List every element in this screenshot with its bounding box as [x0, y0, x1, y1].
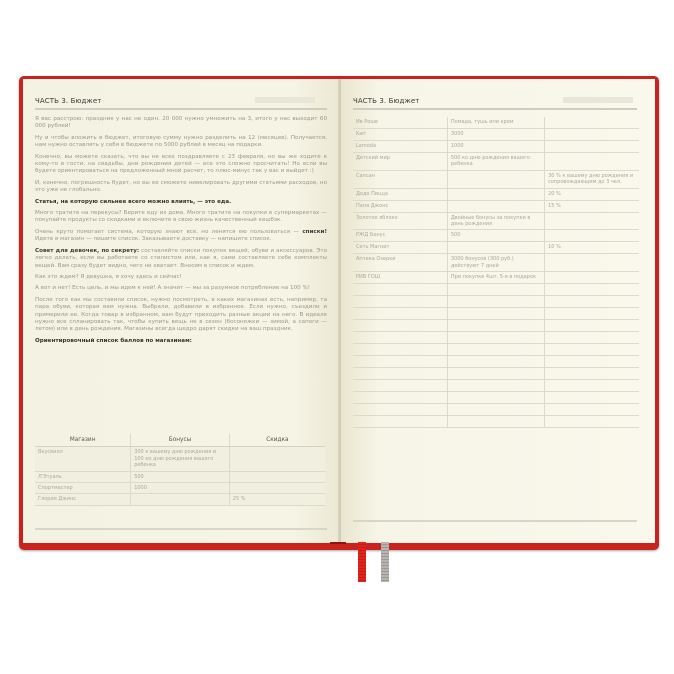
table-cell — [447, 242, 544, 254]
table-cell — [545, 129, 639, 141]
table-cell: 3000 бонусов (300 руб.) действуют 7 дней — [447, 254, 544, 272]
table-cell: РИВ ГОШ — [353, 272, 447, 284]
table-cell: Двойные бонусы за покупки в день рождени… — [447, 212, 544, 230]
faded-head-placeholder — [563, 97, 633, 103]
table-cell: Сапсан — [353, 170, 447, 188]
table-row: Папа Джонс15 % — [353, 200, 639, 212]
table-cell — [229, 471, 325, 482]
faded-head-placeholder — [255, 97, 315, 103]
paragraph: И, конечно, погрешность будет, но вы ее … — [35, 180, 327, 195]
table-cell: Lamoda — [353, 141, 447, 153]
table-cell — [545, 392, 639, 404]
table-row — [353, 296, 639, 308]
column-header: Скидка — [229, 434, 325, 447]
table-row: Додо Пицца20 % — [353, 188, 639, 200]
table-row — [353, 404, 639, 416]
table-cell — [545, 141, 639, 153]
table-cell: Ив Роше — [353, 117, 447, 129]
table-cell — [447, 404, 544, 416]
table-cell — [545, 254, 639, 272]
table-row — [353, 332, 639, 344]
table-cell — [545, 380, 639, 392]
table-row: Аптека Озерки3000 бонусов (300 руб.) дей… — [353, 254, 639, 272]
table-cell — [447, 392, 544, 404]
table-row: Ив РошеПомада, тушь или крем — [353, 117, 639, 129]
table-cell — [545, 320, 639, 332]
table-cell — [229, 447, 325, 471]
table-cell — [447, 284, 544, 296]
header-rule — [35, 108, 327, 110]
table-cell: 1000 — [131, 483, 230, 494]
table-cell — [545, 356, 639, 368]
table-row — [353, 344, 639, 356]
table-cell: Спортмастер — [35, 483, 131, 494]
table-cell: Золотое яблоко — [353, 212, 447, 230]
table-row: РИВ ГОШПри покупке 4шт. 5-я в подарок — [353, 272, 639, 284]
table-cell: Л'Этуаль — [35, 471, 131, 482]
table-cell — [545, 332, 639, 344]
body-text: Я вас расстрою: праздник у нас не один. … — [35, 116, 327, 349]
table-cell: РЖД Бонус — [353, 230, 447, 242]
table-row: Спортмастер1000 — [35, 483, 325, 494]
paragraph: Очень круто помогает система, которую зн… — [35, 229, 327, 244]
table-cell: 30 % к вашему дню рождения и сопровождаю… — [545, 170, 639, 188]
paragraph: А вот и нет! Есть цель, и мы идем к ней!… — [35, 285, 327, 292]
table-cell: 3000 — [447, 129, 544, 141]
table-cell — [353, 284, 447, 296]
table-cell — [353, 404, 447, 416]
table-cell — [545, 368, 639, 380]
table-row — [353, 392, 639, 404]
emphasis: списки! — [302, 229, 327, 235]
paragraph: После того как мы составили список, нужн… — [35, 297, 327, 334]
table-row: Золотое яблокоДвойные бонусы за покупки … — [353, 212, 639, 230]
table-cell: Сеть Магнит — [353, 242, 447, 254]
table-cell — [447, 320, 544, 332]
table-cell — [447, 368, 544, 380]
table-row: Глория Джинс25 % — [35, 494, 325, 505]
stores-bonus-table-continued: Ив РошеПомада, тушь или кремKari3000Lamo… — [353, 117, 639, 428]
table-row — [353, 380, 639, 392]
table-cell: 20 % — [545, 188, 639, 200]
table-cell — [447, 308, 544, 320]
table-cell — [131, 494, 230, 505]
table-cell: Вкусвилл — [35, 447, 131, 471]
table-cell — [447, 380, 544, 392]
table-cell: Додо Пицца — [353, 188, 447, 200]
table-cell — [447, 332, 544, 344]
table-cell — [447, 416, 544, 428]
table-cell — [545, 230, 639, 242]
table-cell: Аптека Озерки — [353, 254, 447, 272]
table-cell — [545, 404, 639, 416]
table-cell — [353, 344, 447, 356]
table-cell: Kari — [353, 129, 447, 141]
table-row: Kari3000 — [353, 129, 639, 141]
table-cell — [353, 368, 447, 380]
table-cell: При покупке 4шт. 5-я в подарок — [447, 272, 544, 284]
table-cell — [229, 483, 325, 494]
footer-rule — [353, 520, 637, 522]
table-cell — [545, 272, 639, 284]
table-cell — [545, 344, 639, 356]
emphasis: Совет для девочек, по секрету: — [35, 248, 139, 254]
table-cell: 1000 — [447, 141, 544, 153]
table-cell: Глория Джинс — [35, 494, 131, 505]
table-row: Л'Этуаль500 — [35, 471, 325, 482]
table-row — [353, 284, 639, 296]
table-cell: 300 к вашему дню рождения и 100 ко дню р… — [131, 447, 230, 471]
column-header: Бонусы — [131, 434, 230, 447]
table-cell — [447, 356, 544, 368]
paragraph: Много тратите на перекусы? Берите еду из… — [35, 210, 327, 225]
table-cell — [447, 296, 544, 308]
table-cell: 500 ко дню рождения вашего ребенка — [447, 153, 544, 171]
footer-rule — [35, 528, 327, 530]
table-cell — [545, 117, 639, 129]
table-cell — [353, 296, 447, 308]
table-cell — [353, 380, 447, 392]
paragraph: Конечно, вы можете сказать, что вы не вс… — [35, 154, 327, 176]
table-cell — [545, 296, 639, 308]
table-cell — [545, 416, 639, 428]
table-row: Вкусвилл300 к вашему дню рождения и 100 … — [35, 447, 325, 471]
table-row — [353, 368, 639, 380]
table-cell — [447, 170, 544, 188]
table-row: РЖД Бонус500 — [353, 230, 639, 242]
table-cell — [545, 153, 639, 171]
table-cell — [353, 332, 447, 344]
table-row — [353, 356, 639, 368]
table-row — [353, 320, 639, 332]
subheading: Статья, на которую сильнее всего можно в… — [35, 199, 327, 206]
right-page: ЧАСТЬ 3. Бюджет Ив РошеПомада, тушь или … — [341, 79, 655, 543]
table-cell: 15 % — [545, 200, 639, 212]
table-cell — [447, 188, 544, 200]
running-head: ЧАСТЬ 3. Бюджет — [35, 97, 101, 105]
table-cell — [353, 392, 447, 404]
bookmark-ribbon-red[interactable] — [358, 542, 366, 582]
stores-bonus-table: МагазинБонусыСкидка Вкусвилл300 к вашему… — [35, 434, 325, 506]
table-cell: 10 % — [545, 242, 639, 254]
left-page: ЧАСТЬ 3. Бюджет Я вас расстрою: праздник… — [23, 79, 340, 543]
paragraph: Как это ждем? Я девушка, я хочу здесь и … — [35, 274, 327, 281]
table-cell: Папа Джонс — [353, 200, 447, 212]
table-cell: 25 % — [229, 494, 325, 505]
table-row — [353, 416, 639, 428]
table-cell: Помада, тушь или крем — [447, 117, 544, 129]
spine-edge — [330, 542, 346, 544]
table-row: Lamoda1000 — [353, 141, 639, 153]
table-cell — [447, 200, 544, 212]
table-cell — [545, 212, 639, 230]
table-cell — [353, 416, 447, 428]
table-cell: 500 — [131, 471, 230, 482]
running-head: ЧАСТЬ 3. Бюджет — [353, 97, 419, 105]
table-cell — [545, 308, 639, 320]
table-cell — [353, 320, 447, 332]
table-row — [353, 308, 639, 320]
table-cell: Детский мир — [353, 153, 447, 171]
table-row: Сеть Магнит10 % — [353, 242, 639, 254]
column-header: Магазин — [35, 434, 131, 447]
paragraph: Ну и чтобы вложить в бюджет, итоговую су… — [35, 135, 327, 150]
table-row: Детский мир500 ко дню рождения вашего ре… — [353, 153, 639, 171]
subheading: Ориентировочный список баллов по магазин… — [35, 338, 327, 345]
paragraph: Совет для девочек, по секрету: составляй… — [35, 248, 327, 270]
table-cell — [353, 308, 447, 320]
header-rule — [353, 108, 637, 110]
table-cell — [447, 344, 544, 356]
table-cell — [545, 284, 639, 296]
table-row: Сапсан30 % к вашему дню рождения и сопро… — [353, 170, 639, 188]
table-cell: 500 — [447, 230, 544, 242]
table-cell — [353, 356, 447, 368]
bookmark-ribbon-gray[interactable] — [381, 542, 389, 582]
paragraph: Я вас расстрою: праздник у нас не один. … — [35, 116, 327, 131]
